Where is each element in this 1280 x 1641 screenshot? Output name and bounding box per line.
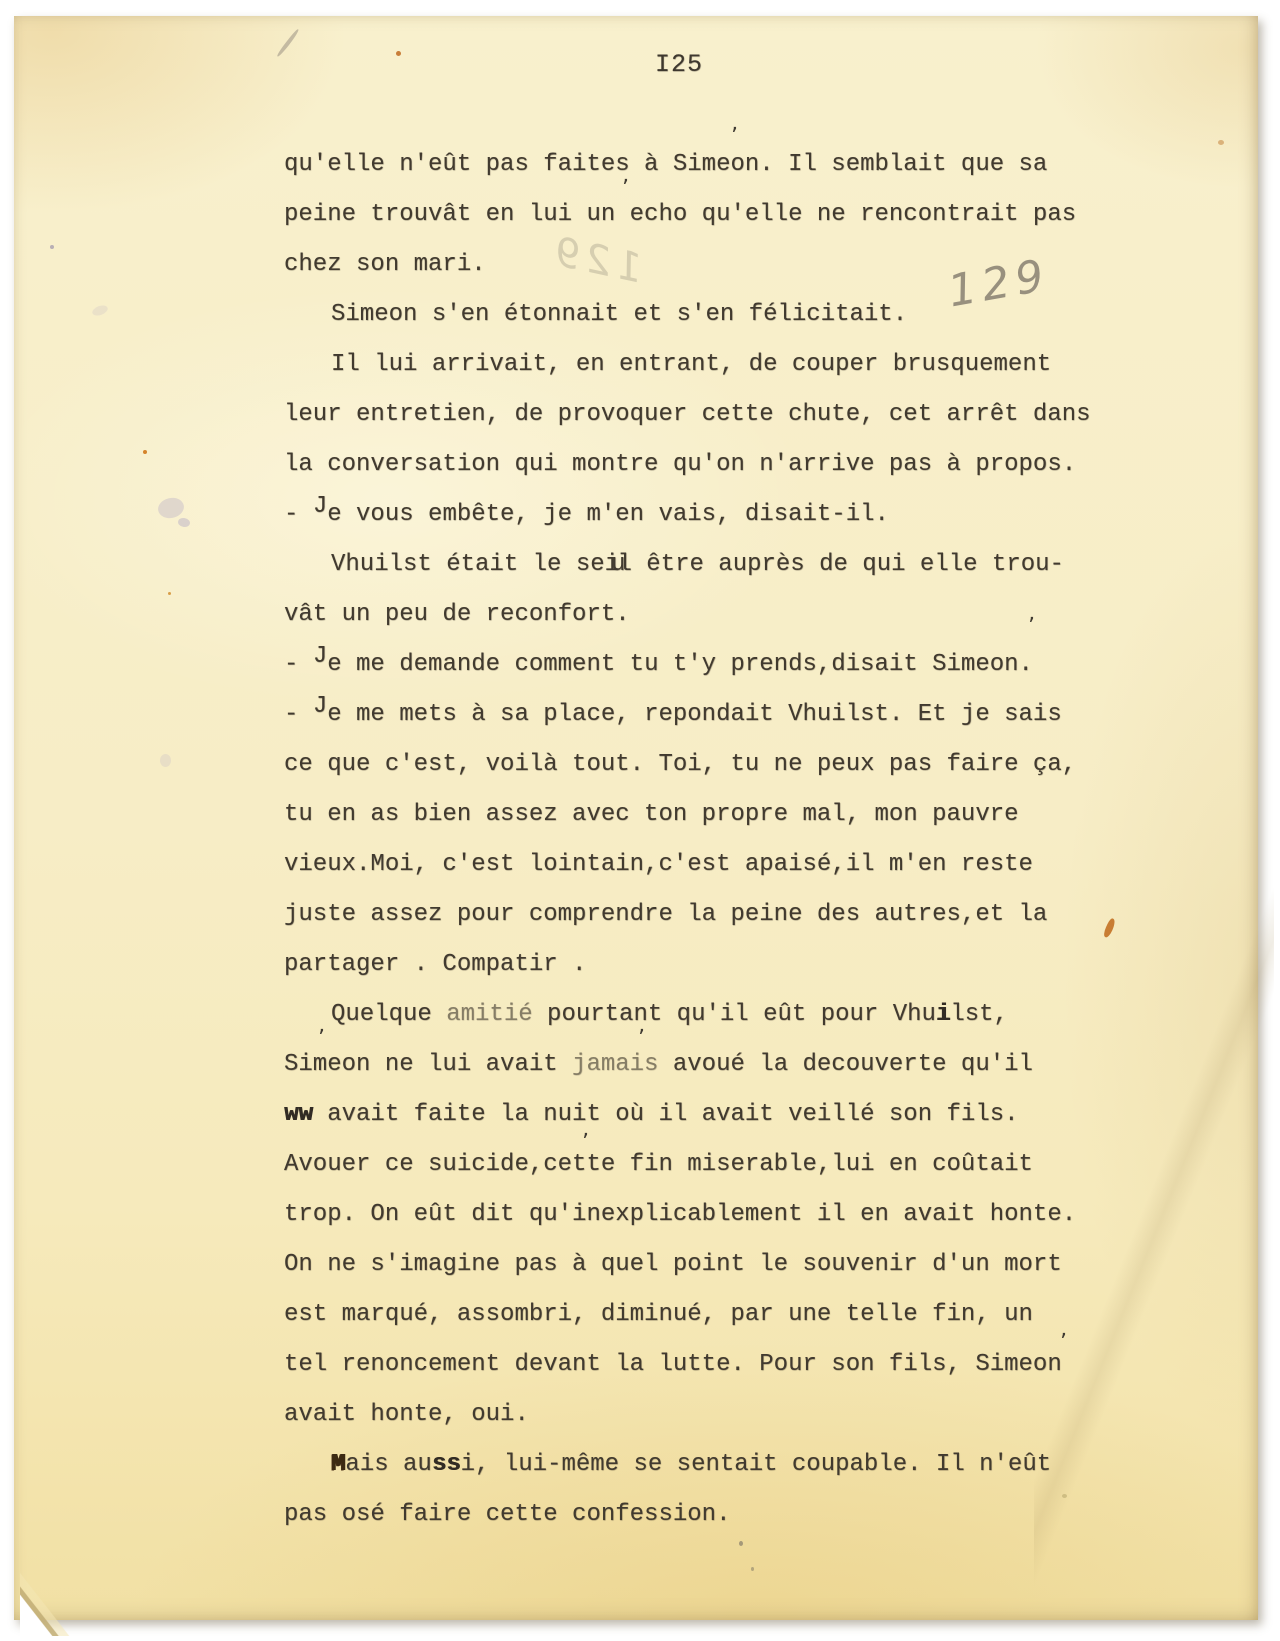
typewritten-segment: Quelque xyxy=(331,1001,446,1028)
typewritten-line: ww avait faite la nuit où il avait veill… xyxy=(284,1096,1144,1146)
hand-accent-mark: ʼ xyxy=(1060,1332,1067,1354)
typewritten-segment: amitié xyxy=(446,1001,532,1028)
typewritten-segment: e me demande comment tu t'y prends,disai… xyxy=(327,651,1033,678)
typewritten-line: avait honte, oui. xyxy=(284,1396,1144,1446)
typewritten-line: Vhuilst était le seiul être auprès de qu… xyxy=(284,546,1144,596)
typewritten-segment: ais au xyxy=(345,1451,431,1478)
typewritten-segment: e me mets à sa place, repondait Vhuilst.… xyxy=(327,701,1062,728)
typewritten-segment: Il lui arrivait, en entrant, de couper b… xyxy=(331,351,1051,378)
typewritten-line: On ne s'imagine pas à quel point le souv… xyxy=(284,1246,1144,1296)
typewritten-segment: e vous embête, je m'en vais, disait-il. xyxy=(327,501,889,528)
typewritten-segment: ce que c'est, voilà tout. Toi, tu ne peu… xyxy=(284,751,1076,778)
typewritten-line: Quelque amitié pourtant qu'il eût pour V… xyxy=(284,996,1144,1046)
typewritten-segment: jamais xyxy=(572,1051,658,1078)
typewritten-segment: - xyxy=(284,701,313,728)
hand-accent-mark: ʼ xyxy=(582,1132,589,1154)
typewritten-text: qu'elle n'eût pas faites à Simeon. Il se… xyxy=(284,146,1144,1546)
typewritten-line: Il lui arrivait, en entrant, de couper b… xyxy=(284,346,1144,396)
typewritten-line: leur entretien, de provoquer cette chute… xyxy=(284,396,1144,446)
typewritten-line: Mais aussi, lui-même se sentait coupable… xyxy=(284,1446,1144,1496)
hand-accent-mark: ʼ xyxy=(1028,616,1035,638)
typewritten-line: vieux.Moi, c'est lointain,c'est apaisé,i… xyxy=(284,846,1144,896)
typewritten-line: pas osé faire cette confession. xyxy=(284,1496,1144,1546)
typewritten-line: Avouer ce suicide,cette fin miserable,lu… xyxy=(284,1146,1144,1196)
page-number: I25 xyxy=(655,50,703,79)
typewritten-line: trop. On eût dit qu'inexplicablement il … xyxy=(284,1196,1144,1246)
typewritten-segment: avait honte, oui. xyxy=(284,1401,529,1428)
typewritten-segment: partager . Compatir . xyxy=(284,951,586,978)
typewritten-line: est marqué, assombri, diminué, par une t… xyxy=(284,1296,1144,1346)
typewritten-segment: M xyxy=(331,1451,345,1478)
typewritten-line: - Je me mets à sa place, repondait Vhuil… xyxy=(284,696,1144,746)
typewritten-segment: J xyxy=(313,493,327,520)
typewritten-line: vât un peu de reconfort. xyxy=(284,596,1144,646)
typewritten-segment: est marqué, assombri, diminué, par une t… xyxy=(284,1301,1033,1328)
typewritten-line: - Je vous embête, je m'en vais, disait-i… xyxy=(284,496,1144,546)
typewritten-segment: J xyxy=(313,643,327,670)
typewritten-segment: pourtant qu'il eût pour Vhu xyxy=(533,1001,936,1028)
hand-accent-mark: ʼ xyxy=(622,178,629,200)
typewritten-line: Simeon ne lui avait jamais avoué la deco… xyxy=(284,1046,1144,1096)
typewritten-segment: juste assez pour comprendre la peine des… xyxy=(284,901,1047,928)
typewritten-line: partager . Compatir . xyxy=(284,946,1144,996)
hand-accent-mark: ʼ xyxy=(638,1028,645,1050)
typewritten-segment: leur entretien, de provoquer cette chute… xyxy=(284,401,1091,428)
typewritten-segment: chez son mari. xyxy=(284,251,486,278)
typewritten-segment: ww xyxy=(284,1101,313,1128)
typewritten-segment: - xyxy=(284,501,313,528)
typewritten-segment: peine trouvât en lui un echo qu'elle ne … xyxy=(284,201,1076,228)
typewritten-line: - Je me demande comment tu t'y prends,di… xyxy=(284,646,1144,696)
typewritten-segment: ss xyxy=(432,1451,461,1478)
typewritten-segment: vât un peu de reconfort. xyxy=(284,601,630,628)
paper-fold-corner xyxy=(20,1572,76,1636)
typewritten-segment: i xyxy=(936,1001,950,1028)
typewritten-segment: avait faite la nuit où il avait veillé s… xyxy=(313,1101,1019,1128)
typewritten-segment: tu en as bien assez avec ton propre mal,… xyxy=(284,801,1019,828)
typewritten-segment: vieux.Moi, c'est lointain,c'est apaisé,i… xyxy=(284,851,1033,878)
typewritten-segment: Simeon ne lui avait xyxy=(284,1051,572,1078)
typewritten-segment: tel renoncement devant la lutte. Pour so… xyxy=(284,1351,1062,1378)
hand-accent-mark: ʼ xyxy=(731,126,738,148)
typewritten-segment: iu xyxy=(605,551,618,578)
typewritten-segment: avoué la decouverte qu'il xyxy=(658,1051,1032,1078)
typewritten-segment: la conversation qui montre qu'on n'arriv… xyxy=(284,451,1076,478)
scanned-manuscript: I25 qu'elle n'eût pas faites à Simeon. I… xyxy=(0,0,1280,1641)
typewritten-segment: Simeon s'en étonnait et s'en félicitait. xyxy=(331,301,907,328)
typewritten-line: ce que c'est, voilà tout. Toi, tu ne peu… xyxy=(284,746,1144,796)
typewritten-segment: - xyxy=(284,651,313,678)
typewritten-segment: l être auprès de qui elle trou- xyxy=(617,551,1063,578)
typewritten-line: tu en as bien assez avec ton propre mal,… xyxy=(284,796,1144,846)
typewritten-line: juste assez pour comprendre la peine des… xyxy=(284,896,1144,946)
hand-accent-mark: ʼ xyxy=(318,1028,325,1050)
typewritten-segment: On ne s'imagine pas à quel point le souv… xyxy=(284,1251,1062,1278)
typewritten-line: la conversation qui montre qu'on n'arriv… xyxy=(284,446,1144,496)
typewritten-line: tel renoncement devant la lutte. Pour so… xyxy=(284,1346,1144,1396)
typewritten-segment: pas osé faire cette confession. xyxy=(284,1501,730,1528)
typewritten-segment: lst, xyxy=(950,1001,1008,1028)
typewritten-segment: Vhuilst était le se xyxy=(331,551,605,578)
typewritten-segment: Avouer ce suicide,cette fin miserable,lu… xyxy=(284,1151,1033,1178)
typewritten-segment: qu'elle n'eût pas faites à Simeon. Il se… xyxy=(284,151,1047,178)
typewritten-line: qu'elle n'eût pas faites à Simeon. Il se… xyxy=(284,146,1144,196)
typewritten-segment: i, lui-même se sentait coupable. Il n'eû… xyxy=(461,1451,1052,1478)
typewritten-line: peine trouvât en lui un echo qu'elle ne … xyxy=(284,196,1144,246)
typewritten-segment: J xyxy=(313,693,327,720)
typewritten-segment: trop. On eût dit qu'inexplicablement il … xyxy=(284,1201,1076,1228)
